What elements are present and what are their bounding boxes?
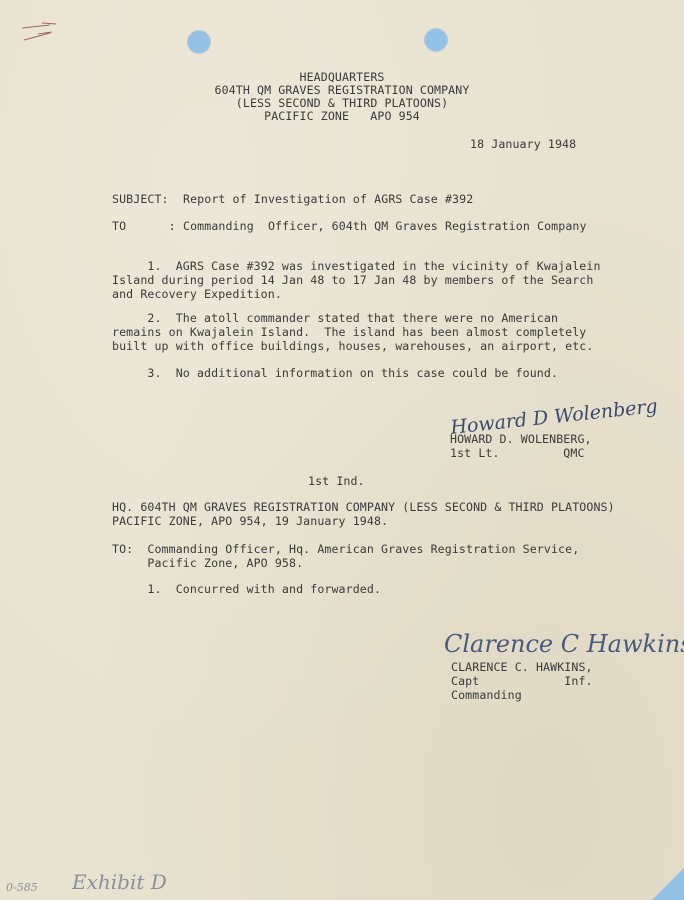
document-page: HEADQUARTERS 604TH QM GRAVES REGISTRATIO… (0, 0, 684, 900)
signer-2-rank: Capt Inf. (451, 674, 593, 688)
document-date: 18 January 1948 (470, 137, 576, 151)
header-line-4: PACIFIC ZONE APO 954 (0, 109, 684, 123)
indorsement-paragraph: 1. Concurred with and forwarded. (112, 582, 381, 596)
paragraph-1-line-3: and Recovery Expedition. (112, 287, 282, 301)
exhibit-annotation: Exhibit D (72, 870, 167, 894)
signer-2-name: CLARENCE C. HAWKINS, (451, 660, 593, 674)
signer-1-rank: 1st Lt. QMC (450, 446, 585, 460)
header-line-1: HEADQUARTERS (0, 70, 684, 84)
subject-label: SUBJECT: (112, 192, 169, 206)
header-line-3: (LESS SECOND & THIRD PLATOONS) (0, 96, 684, 110)
header-line-2: 604TH QM GRAVES REGISTRATION COMPANY (0, 83, 684, 97)
to-label: TO : (112, 219, 176, 233)
subject-text: Report of Investigation of AGRS Case #39… (183, 192, 473, 206)
paragraph-1-line-2: Island during period 14 Jan 48 to 17 Jan… (112, 273, 593, 287)
paragraph-3-line-1: 3. No additional information on this cas… (112, 366, 558, 380)
paragraph-2-line-1: 2. The atoll commander stated that there… (112, 311, 558, 325)
to-text: Commanding Officer, 604th QM Graves Regi… (183, 219, 587, 233)
punch-hole-right (424, 28, 448, 52)
indorsement-to-line-2: Pacific Zone, APO 958. (112, 556, 303, 570)
paragraph-2-line-3: built up with office buildings, houses, … (112, 339, 593, 353)
indorsement-from-line-1: HQ. 604TH QM GRAVES REGISTRATION COMPANY… (112, 500, 615, 514)
indorsement-from-line-2: PACIFIC ZONE, APO 954, 19 January 1948. (112, 514, 388, 528)
page-corner-fold (652, 868, 684, 900)
paragraph-1-line-1: 1. AGRS Case #392 was investigated in th… (112, 259, 601, 273)
signer-1-name: HOWARD D. WOLENBERG, (450, 432, 592, 446)
paragraph-2-line-2: remains on Kwajalein Island. The island … (112, 325, 586, 339)
signer-2-title: Commanding (451, 688, 522, 702)
punch-hole-left (187, 30, 211, 54)
indorsement-title: 1st Ind. (308, 474, 365, 488)
pencil-scribble-mark (20, 20, 60, 46)
signature-hawkins: Clarence C Hawkins (444, 630, 684, 658)
file-number-annotation: 0-585 (6, 881, 38, 894)
indorsement-to-line-1: TO: Commanding Officer, Hq. American Gra… (112, 542, 579, 556)
